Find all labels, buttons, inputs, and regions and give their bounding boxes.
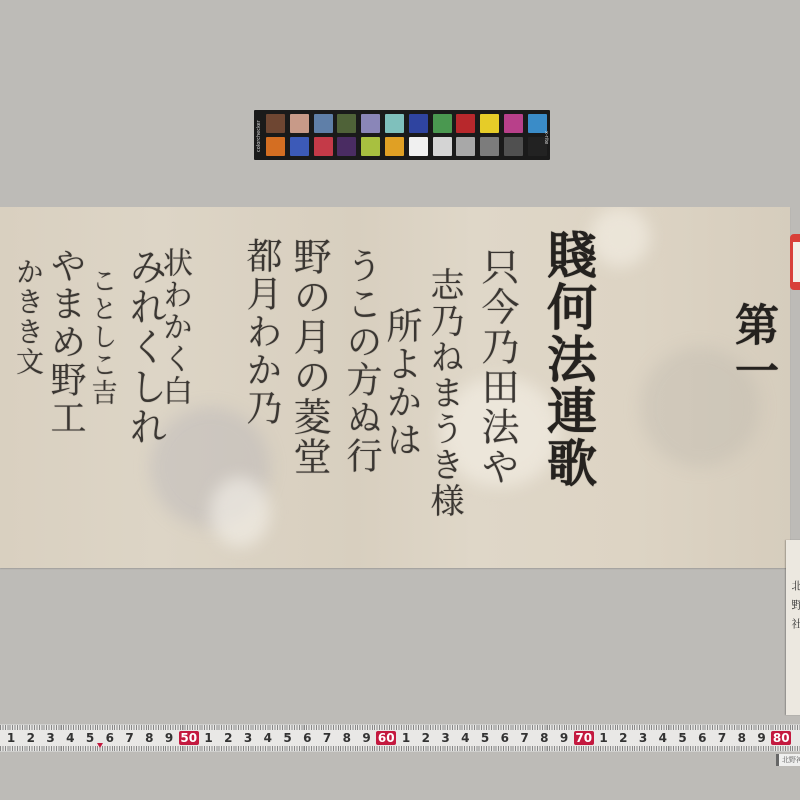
calligraphy-column: 野の月の菱堂	[282, 237, 337, 477]
ruler-number: 9	[556, 731, 572, 745]
color-patch	[361, 137, 380, 156]
ruler-number: 2	[220, 731, 236, 745]
ruler-number: 9	[161, 731, 177, 745]
ruler-number: 8	[734, 731, 750, 745]
color-checker-brand: colorchecker	[256, 116, 266, 156]
ruler-number: 5	[675, 731, 691, 745]
color-patch	[266, 137, 285, 156]
seal-tag-stripe	[793, 282, 800, 287]
ruler-number: 5	[82, 731, 98, 745]
side-paper-slip: 北野社	[786, 540, 800, 715]
ruler-number: 4	[260, 731, 276, 745]
ruler-number: 7	[319, 731, 335, 745]
ruler-number: 9	[754, 731, 770, 745]
calligraphy-scroll: 賤何法連歌只今乃田法や志乃ねまうき様所よかはうこの方ぬ行野の月の菱堂都月わか乃状…	[0, 207, 790, 568]
archive-seal-tag	[790, 234, 800, 290]
calligraphy-column: 賤何法連歌	[532, 229, 604, 489]
color-patch	[456, 114, 475, 133]
ruler-number: 3	[43, 731, 59, 745]
ruler-number: 5	[280, 731, 296, 745]
ruler-number: 1	[201, 731, 217, 745]
color-patch	[385, 114, 404, 133]
ruler-number: 3	[438, 731, 454, 745]
slip-text: 北野社	[788, 580, 800, 637]
ruler-number: 8	[339, 731, 355, 745]
section-heading: 第一	[720, 302, 784, 394]
ruler-number: 7	[517, 731, 533, 745]
color-patch	[504, 137, 523, 156]
ruler-number: 5	[477, 731, 493, 745]
ruler-number: 50	[179, 731, 199, 745]
calligraphy-column: かきき文	[8, 257, 48, 377]
color-patch	[361, 114, 380, 133]
ruler-number: 1	[3, 731, 19, 745]
ruler-number: 80	[771, 731, 791, 745]
ruler-number: 7	[122, 731, 138, 745]
ruler-number: 1	[398, 731, 414, 745]
measuring-tape: 1234567895012345678960123456789701234567…	[0, 724, 800, 752]
color-patch	[409, 114, 428, 133]
ruler-number: 4	[655, 731, 671, 745]
color-patch	[290, 137, 309, 156]
color-patch	[433, 114, 452, 133]
calligraphy-column: 只今乃田法や	[470, 247, 525, 487]
ruler-number: 6	[299, 731, 315, 745]
calligraphy-column: 都月わか乃	[236, 237, 287, 427]
color-patch	[480, 114, 499, 133]
ruler-number: 2	[418, 731, 434, 745]
ruler-ticks	[0, 746, 800, 751]
ruler-number: 60	[376, 731, 396, 745]
ruler-number: 6	[497, 731, 513, 745]
calligraphy-column: みれくしれ	[118, 247, 173, 447]
color-patch	[314, 137, 333, 156]
ruler-number: 2	[615, 731, 631, 745]
ruler-number: 4	[62, 731, 78, 745]
ruler-number: 2	[23, 731, 39, 745]
catalog-label: 北野神	[776, 754, 800, 766]
ruler-number: 7	[714, 731, 730, 745]
color-patch	[314, 114, 333, 133]
ruler-number: 3	[240, 731, 256, 745]
color-patch	[409, 137, 428, 156]
ruler-number: 8	[536, 731, 552, 745]
paper-wear	[210, 477, 270, 547]
seal-tag-stripe	[793, 237, 800, 242]
color-patch	[504, 114, 523, 133]
ruler-number: 3	[635, 731, 651, 745]
ruler-number: 6	[694, 731, 710, 745]
color-patch	[456, 137, 475, 156]
ruler-number: 9	[359, 731, 375, 745]
color-patch	[385, 137, 404, 156]
ruler-number: 1	[596, 731, 612, 745]
color-checker-card: colorchecker x-rite	[254, 110, 550, 160]
ruler-number: 6	[102, 731, 118, 745]
ruler-number: 70	[574, 731, 594, 745]
color-patch	[480, 137, 499, 156]
color-patch	[337, 114, 356, 133]
color-patch	[290, 114, 309, 133]
ruler-number: 8	[141, 731, 157, 745]
color-patch	[433, 137, 452, 156]
calligraphy-column: うこの方ぬ行	[336, 247, 387, 475]
calligraphy-column: 志乃ねまうき様	[420, 267, 469, 519]
color-patch-grid	[266, 114, 547, 156]
xrite-logo: x-rite	[541, 128, 549, 148]
ruler-number: 4	[457, 731, 473, 745]
color-patch	[266, 114, 285, 133]
color-patch	[337, 137, 356, 156]
